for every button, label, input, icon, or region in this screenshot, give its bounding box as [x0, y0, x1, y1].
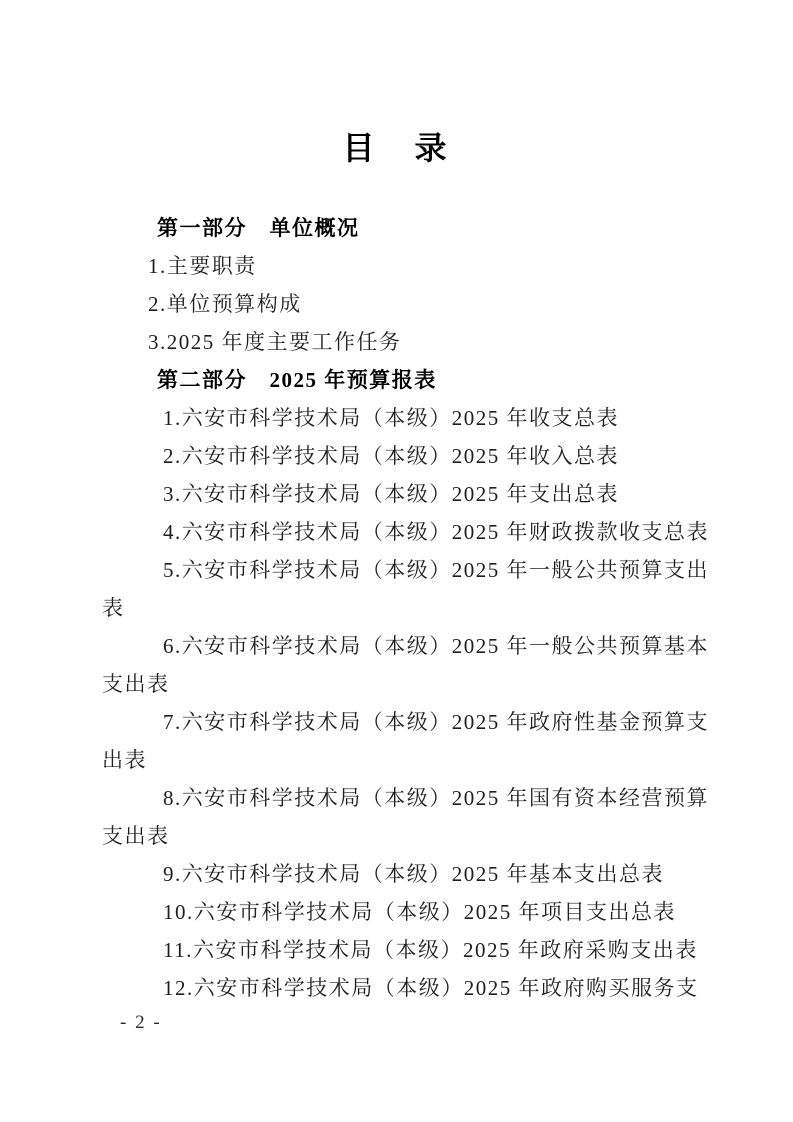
toc-item: 4.六安市科学技术局（本级）2025 年财政拨款收支总表: [102, 513, 688, 551]
toc-item: 8.六安市科学技术局（本级）2025 年国有资本经营预算: [102, 779, 688, 817]
toc-item: 1.六安市科学技术局（本级）2025 年收支总表: [102, 399, 688, 437]
page-number: - 2 -: [120, 1011, 162, 1035]
toc-item-continuation: 出表: [102, 741, 688, 779]
toc-item: 6.六安市科学技术局（本级）2025 年一般公共预算基本: [102, 627, 688, 665]
toc-item: 12.六安市科学技术局（本级）2025 年政府购买服务支: [102, 969, 688, 1007]
page-title: 目 录: [0, 128, 793, 168]
toc-item: 2.六安市科学技术局（本级）2025 年收入总表: [102, 437, 688, 475]
toc-item: 9.六安市科学技术局（本级）2025 年基本支出总表: [102, 855, 688, 893]
toc-item-continuation: 支出表: [102, 665, 688, 703]
section-heading-part1: 第一部分 单位概况: [102, 209, 688, 247]
toc-item: 2.单位预算构成: [102, 285, 688, 323]
toc-item: 11.六安市科学技术局（本级）2025 年政府采购支出表: [102, 931, 688, 969]
document-page: 目 录 第一部分 单位概况 1.主要职责 2.单位预算构成 3.2025 年度主…: [0, 0, 793, 1122]
toc-item-continuation: 支出表: [102, 817, 688, 855]
toc-item: 3.2025 年度主要工作任务: [102, 323, 688, 361]
toc-item: 7.六安市科学技术局（本级）2025 年政府性基金预算支: [102, 703, 688, 741]
toc-item-continuation: 表: [102, 589, 688, 627]
toc-item: 10.六安市科学技术局（本级）2025 年项目支出总表: [102, 893, 688, 931]
table-of-contents: 第一部分 单位概况 1.主要职责 2.单位预算构成 3.2025 年度主要工作任…: [102, 209, 688, 1007]
section-heading-part2: 第二部分 2025 年预算报表: [102, 361, 688, 399]
toc-item: 3.六安市科学技术局（本级）2025 年支出总表: [102, 475, 688, 513]
toc-item: 5.六安市科学技术局（本级）2025 年一般公共预算支出: [102, 551, 688, 589]
toc-item: 1.主要职责: [102, 247, 688, 285]
